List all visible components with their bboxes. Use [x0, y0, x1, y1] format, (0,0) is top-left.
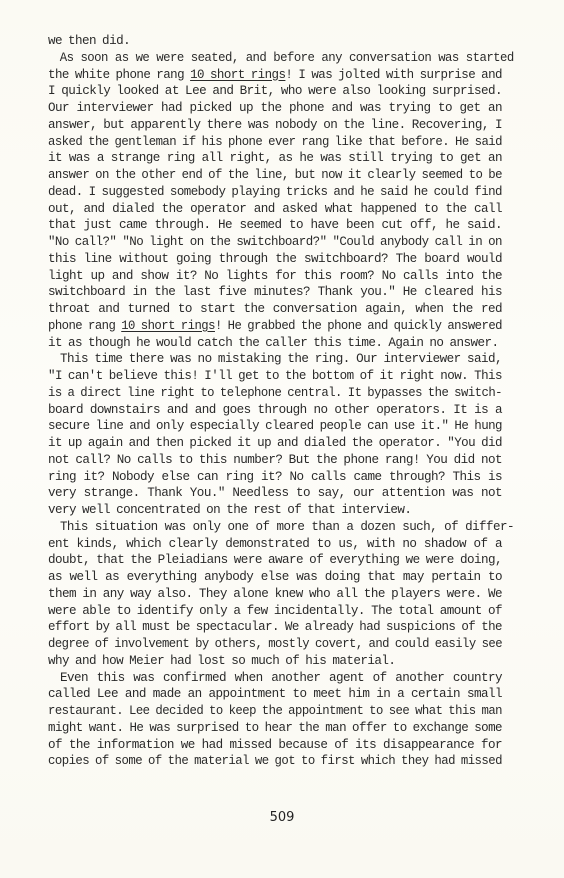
text-line: This time there was no mistaking the rin…: [48, 351, 502, 368]
text-line: that just came through. He seemed to hav…: [48, 217, 502, 234]
text-line: switchboard in the last five minutes? Th…: [48, 284, 502, 301]
underlined-phrase: 10 short rings: [190, 68, 285, 82]
text-line: is a direct line right to telephone cent…: [48, 385, 502, 402]
text-line: were able to identify only a few inciden…: [48, 603, 502, 620]
text-line: This situation was only one of more than…: [48, 519, 514, 536]
text-line: why and how Meier had lost so much of hi…: [48, 653, 502, 670]
text-line: answer on the other end of the line, but…: [48, 167, 502, 184]
text-line: it as though he would catch the caller t…: [48, 335, 502, 352]
text-segment: the white phone rang: [48, 68, 190, 82]
text-line: "I can't believe this! I'll get to the b…: [48, 368, 502, 385]
text-line: them in any way also. They alone knew wh…: [48, 586, 502, 603]
text-line: copies of some of the material we got to…: [48, 753, 502, 770]
text-line: phone rang 10 short rings! He grabbed th…: [48, 318, 502, 335]
text-line: as well as everything anybody else was d…: [48, 569, 502, 586]
text-line: might want. He was surprised to hear the…: [48, 720, 502, 737]
text-line: board downstairs and and goes through no…: [48, 402, 502, 419]
text-segment: phone rang: [48, 319, 121, 333]
text-line: very strange. Thank You." Needless to sa…: [48, 485, 502, 502]
page-number: 509: [0, 810, 564, 825]
text-line: Even this was confirmed when another age…: [48, 670, 502, 687]
text-line: throat and turned to start the conversat…: [48, 301, 502, 318]
text-line: "No call?" "No light on the switchboard?…: [48, 234, 502, 251]
text-line: effort by all must be spectacular. We al…: [48, 619, 502, 636]
text-line: not call? No calls to this number? But t…: [48, 452, 502, 469]
text-line: ring it? Nobody else can ring it? No cal…: [48, 469, 502, 486]
text-line: I quickly looked at Lee and Brit, who we…: [48, 83, 502, 100]
text-line: very well concentrated on the rest of th…: [48, 502, 502, 519]
text-segment: ! I was jolted with surprise and: [285, 68, 502, 82]
text-line: dead. I suggested somebody playing trick…: [48, 184, 502, 201]
text-line: the white phone rang 10 short rings! I w…: [48, 67, 502, 84]
document-page: we then did.As soon as we were seated, a…: [0, 0, 564, 878]
text-line: this line without going through the swit…: [48, 251, 502, 268]
text-line: of the information we had missed because…: [48, 737, 502, 754]
text-segment: ! He grabbed the phone and quickly answe…: [215, 319, 502, 333]
body-text: we then did.As soon as we were seated, a…: [48, 33, 502, 770]
text-line: answer, but apparently there was nobody …: [48, 117, 502, 134]
text-line: Our interviewer had picked up the phone …: [48, 100, 502, 117]
text-line: it up again and then picked it up and di…: [48, 435, 502, 452]
text-line: ent kinds, which clearly demonstrated to…: [48, 536, 502, 553]
text-line: light up and show it? No lights for this…: [48, 268, 502, 285]
text-line: secure line and only especially cleared …: [48, 418, 502, 435]
underlined-phrase: 10 short rings: [121, 319, 215, 333]
text-line: called Lee and made an appointment to me…: [48, 686, 502, 703]
text-line: out, and dialed the operator and asked w…: [48, 201, 502, 218]
text-line: degree of involvement by others, mostly …: [48, 636, 502, 653]
text-line: asked the gentleman if his phone ever ra…: [48, 134, 502, 151]
text-line: doubt, that the Pleiadians were aware of…: [48, 552, 502, 569]
text-line: restaurant. Lee decided to keep the appo…: [48, 703, 502, 720]
text-line: it was a strange ring all right, as he w…: [48, 150, 502, 167]
text-line: we then did.: [48, 33, 502, 50]
text-line: As soon as we were seated, and before an…: [48, 50, 514, 67]
